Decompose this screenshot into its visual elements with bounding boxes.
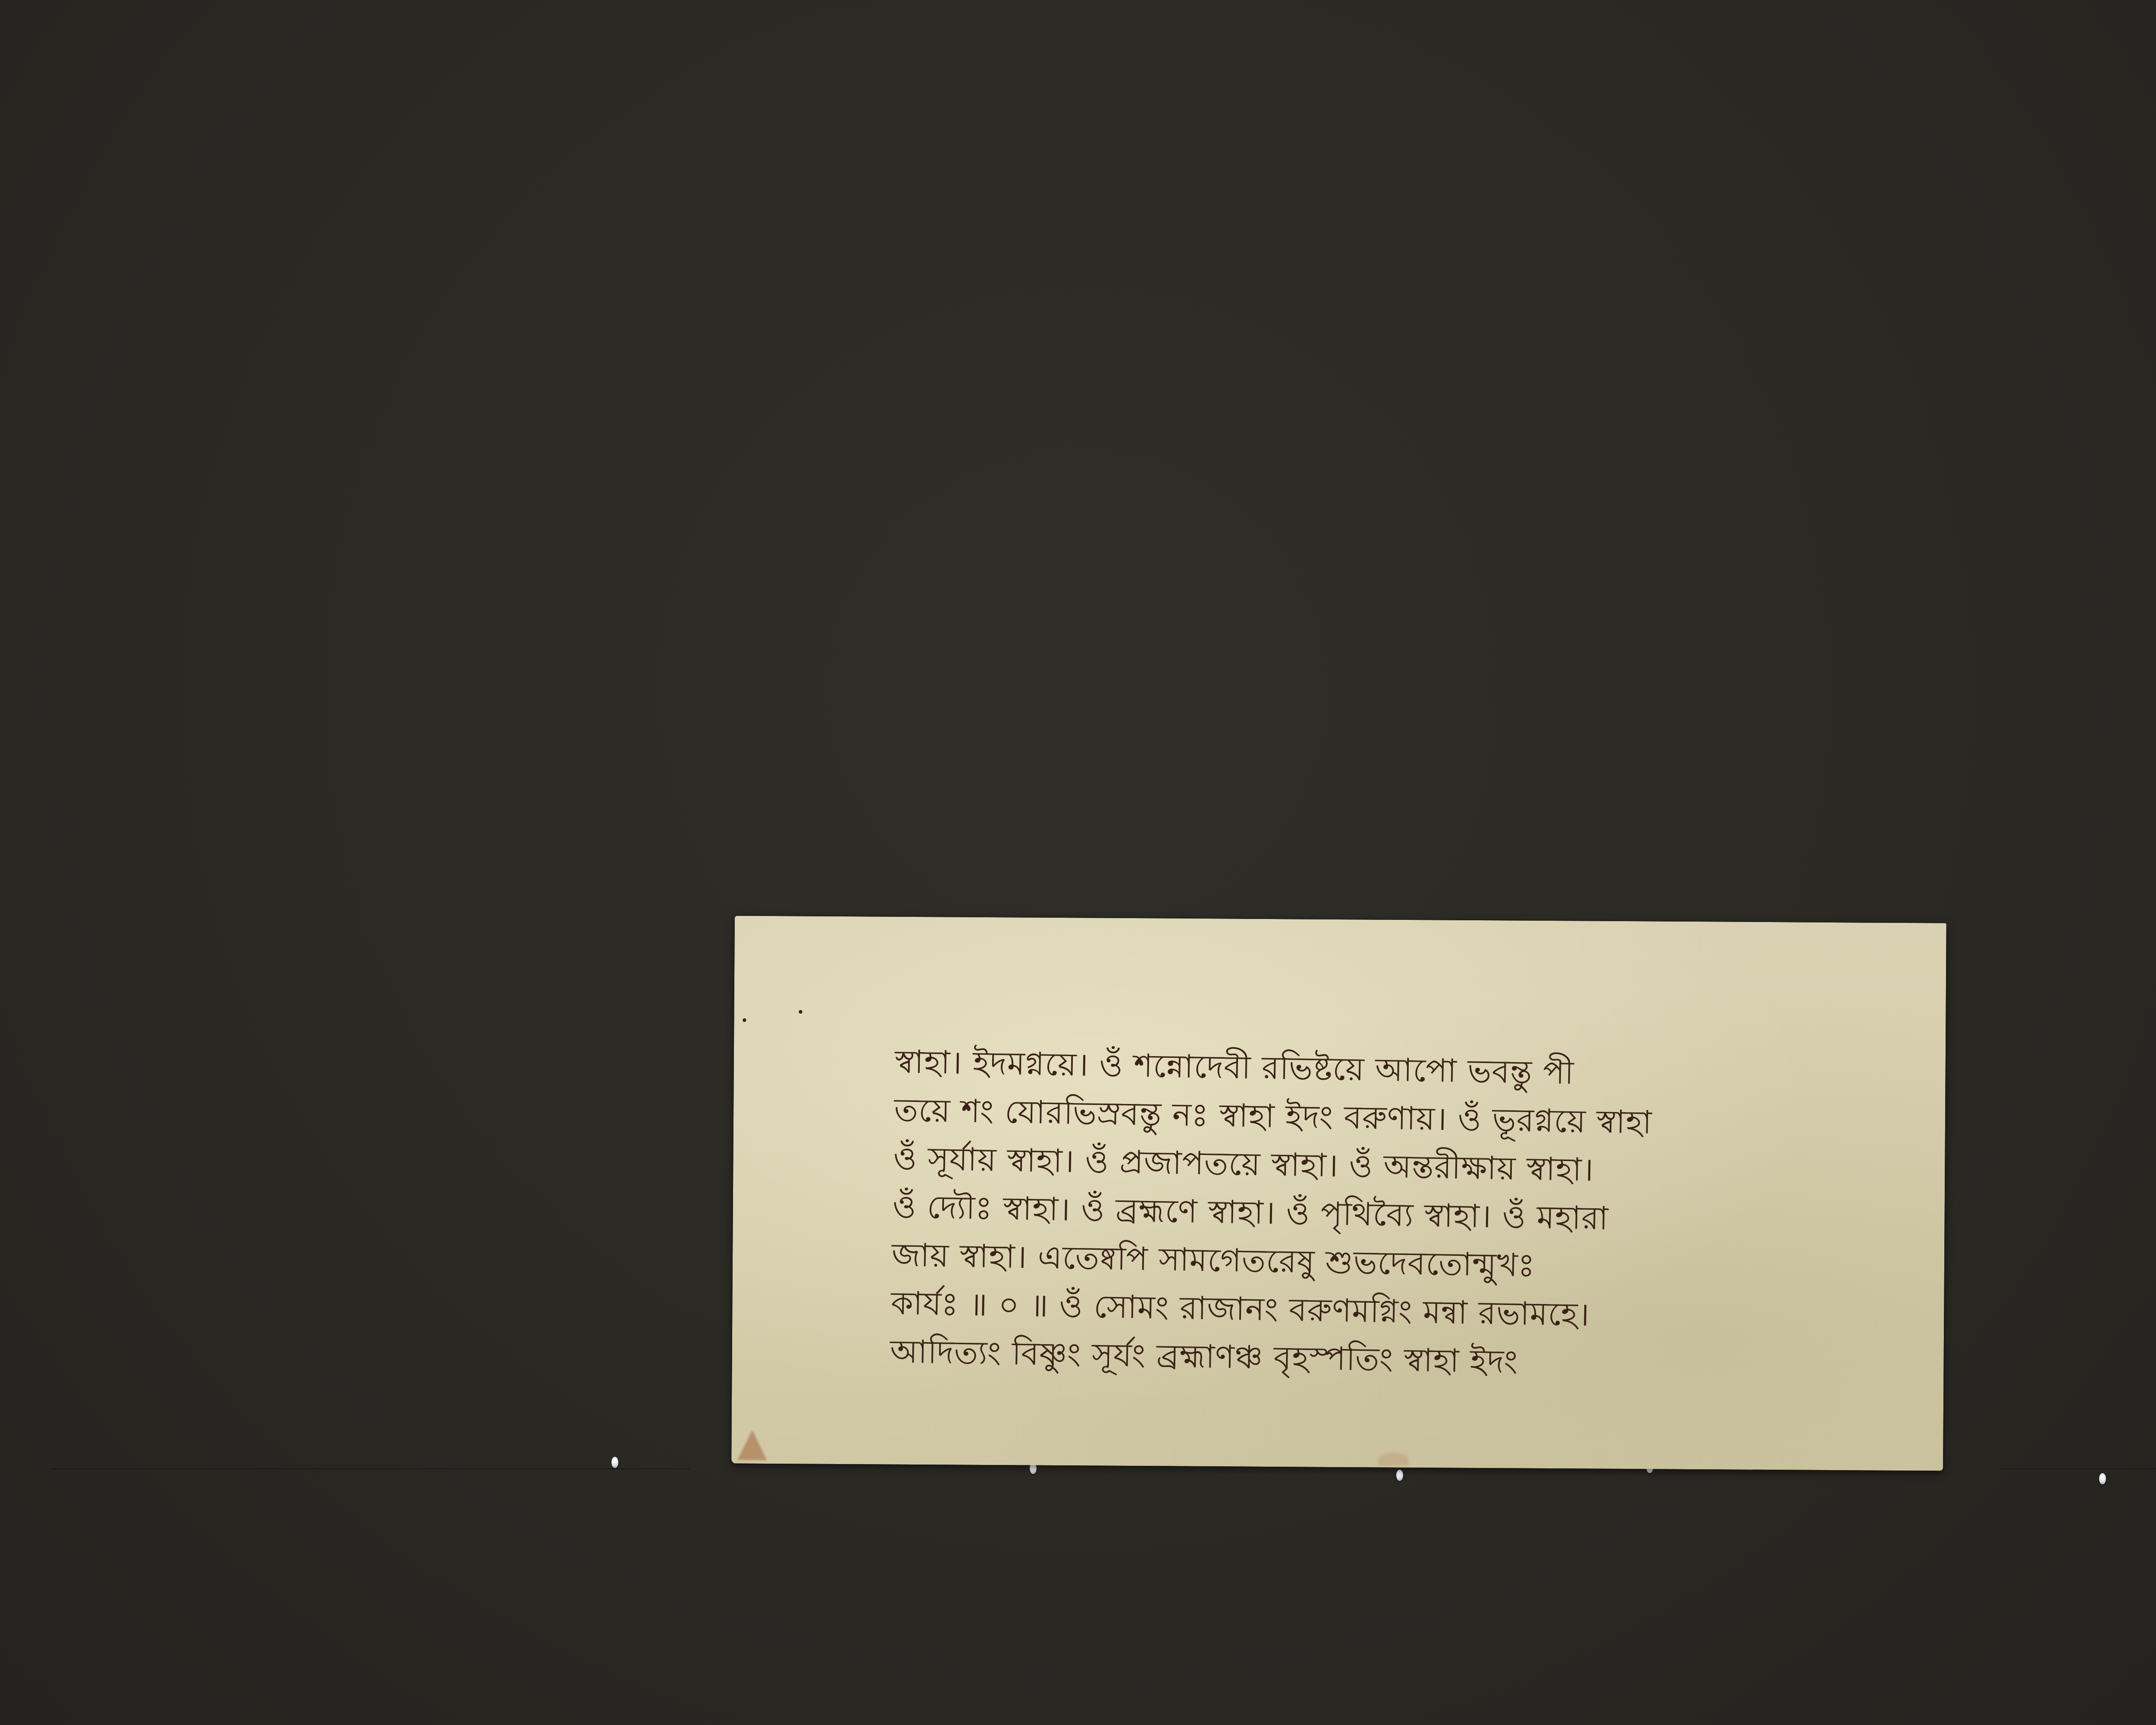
manuscript-leaf: স্বাহা। ইদমগ্নয়ে। ওঁ শন্নোদেবী রভিষ্টয়…: [731, 916, 1946, 1471]
display-board: স্বাহা। ইদমগ্নয়ে। ওঁ শন্নোদেবী রভিষ্টয়…: [0, 0, 2156, 1725]
ink-dot: [743, 1019, 746, 1022]
mount-groove-left: [52, 1468, 690, 1469]
mount-groove-right: [2001, 1468, 2156, 1469]
pin-right-1: [2099, 1473, 2106, 1484]
stain-mark-faint: [1378, 1453, 1408, 1466]
stain-mark: [737, 1430, 767, 1460]
ink-dot: [799, 1010, 802, 1013]
manuscript-text: স্বাহা। ইদমগ্নয়ে। ওঁ শন্নোদেবী রভিষ্টয়…: [890, 1038, 1857, 1392]
pin-left: [611, 1457, 618, 1468]
pin-bottom-center: [1396, 1470, 1403, 1481]
